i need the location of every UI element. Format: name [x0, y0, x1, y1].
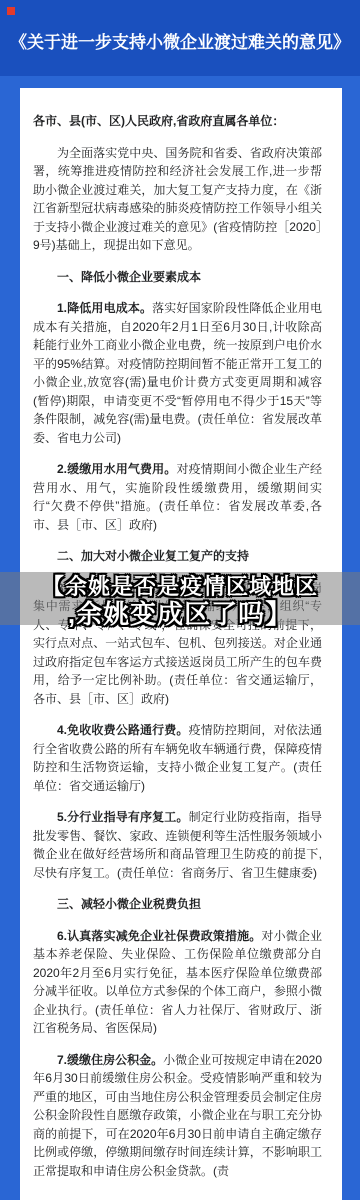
- item-lead: 4.免收收费公路通行费。: [57, 723, 189, 737]
- paragraph: 6.认真落实减免企业社保费政策措施。对小微企业基本养老保险、失业保险、工伤保险单…: [33, 927, 322, 1038]
- paragraph: 1.降低用电成本。落实好国家阶段性降低企业用电成本有关措施，自2020年2月1日…: [33, 299, 322, 447]
- section-heading: 三、减轻小微企业税费负担: [33, 895, 322, 914]
- document-card: 各市、县(市、区)人民政府,省政府直属各单位：为全面落实党中央、国务院和省委、省…: [20, 88, 342, 1200]
- corner-red-square-icon: [7, 7, 15, 15]
- item-lead: 5.分行业指导有序复工。: [57, 810, 189, 824]
- paragraph: 4.免收收费公路通行费。疫情防控期间，对依法通行全省收费公路的所有车辆免收车辆通…: [33, 721, 322, 795]
- item-lead: 6.认真落实减免企业社保费政策措施。: [57, 929, 261, 943]
- paragraph: 2.缓缴用水用气费用。对疫情期间小微企业生产经营用水、用气，实施阶段性缓缴费用，…: [33, 460, 322, 534]
- page-title: 《关于进一步支持小微企业渡过难关的意见》: [0, 32, 360, 54]
- paragraph: 5.分行业指导有序复工。制定行业防疫指南，指导批发零售、餐饮、家政、连锁便利等生…: [33, 808, 322, 882]
- paragraph: 3.加强外省员工返岗保障，摸排小微企业员工返岗集中需求,指导运输企业制定运输组织…: [33, 579, 322, 709]
- document-body: 各市、县(市、区)人民政府,省政府直属各单位：为全面落实党中央、国务院和省委、省…: [33, 112, 322, 1180]
- section-heading: 二、加大对小微企业复工复产的支持: [33, 547, 322, 566]
- item-lead: 7.缓缴住房公积金。: [57, 1053, 163, 1067]
- paragraph: 7.缓缴住房公积金。小微企业可按规定申请在2020年6月30日前缓缴住房公积金。…: [33, 1051, 322, 1181]
- header-band: 《关于进一步支持小微企业渡过难关的意见》: [0, 0, 360, 76]
- paragraph: 为全面落实党中央、国务院和省委、省政府决策部署，统筹推进疫情防控和经济社会发展工…: [33, 144, 322, 255]
- item-lead: 2.缓缴用水用气费用。: [57, 462, 176, 476]
- salutation: 各市、县(市、区)人民政府,省政府直属各单位：: [33, 112, 322, 131]
- section-heading: 一、降低小微企业要素成本: [33, 268, 322, 287]
- item-lead: 3.加强外省员工返岗保障，: [57, 581, 201, 595]
- item-lead: 1.降低用电成本。: [57, 301, 152, 315]
